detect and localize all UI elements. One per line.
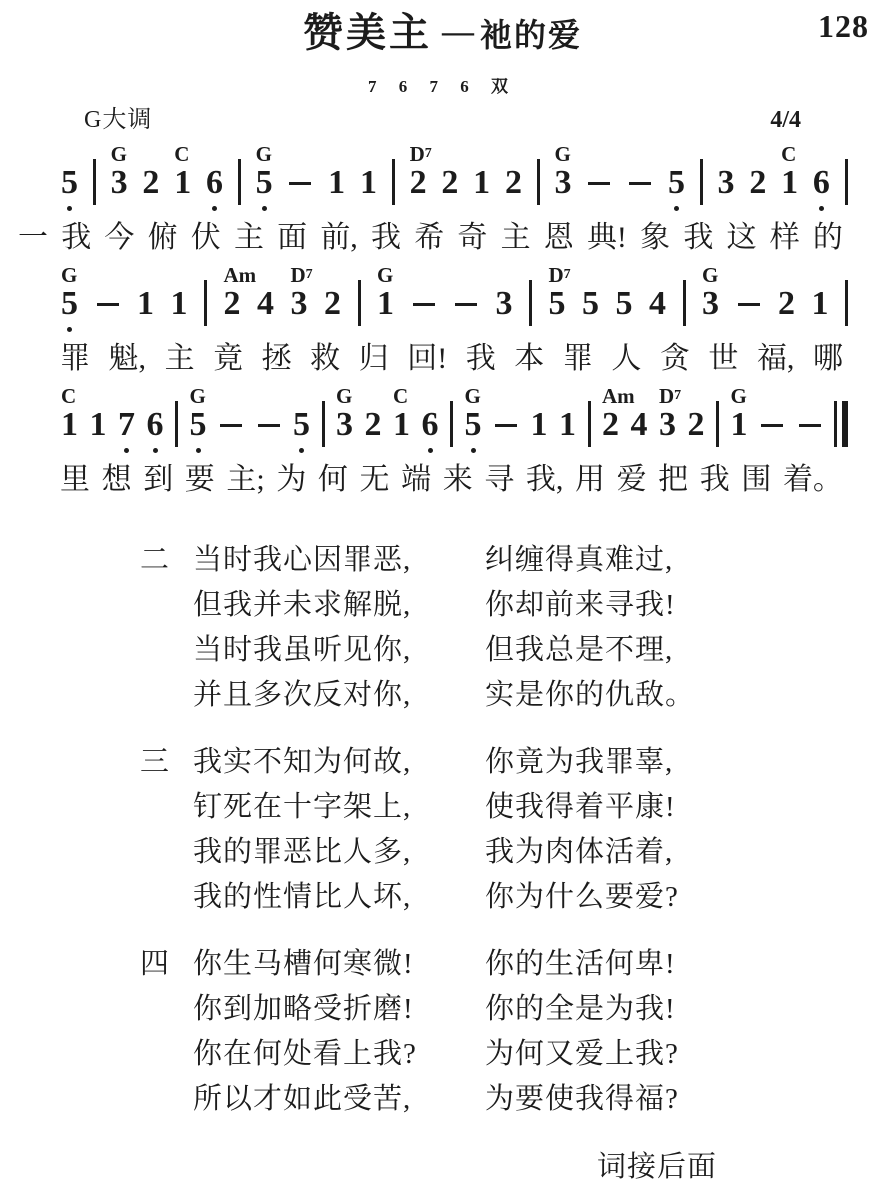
lyric-syllable: 典!: [587, 220, 627, 256]
verse-number: 二: [140, 538, 193, 718]
lyric-syllable: 回!: [407, 341, 447, 377]
note-1: 1: [530, 405, 549, 455]
verse-right-column: 你的生活何卑!你的全是为我!为何又爱上我?为要使我得福?: [485, 942, 885, 1122]
chord-C: C: [781, 144, 796, 165]
octave-dot: [196, 448, 201, 453]
title-main: 赞美主: [303, 11, 432, 55]
note-3: 3: [495, 284, 514, 334]
verse-line: 我为肉体活着,: [485, 830, 885, 875]
note-2: D72: [409, 163, 428, 213]
barline: [528, 284, 533, 334]
barline: [321, 405, 326, 455]
note-4: 4: [256, 284, 275, 334]
lyric-syllable: 竟: [213, 341, 243, 377]
lyric-syllable: 贪: [660, 341, 690, 377]
note-5: G5: [464, 405, 483, 455]
octave-dot: [262, 206, 267, 211]
verse-4: 四你生马槽何寒微!你到加略受折磨!你在何处看上我?所以才如此受苦,你的生活何卑!…: [140, 942, 885, 1122]
lyric-syllable: 的: [813, 220, 843, 256]
lyric-syllable: 哪: [813, 341, 843, 377]
verse-line: 为何又爱上我?: [485, 1032, 885, 1077]
title-subtitle: 祂的爱: [480, 17, 582, 53]
time-signature: 4/4: [770, 105, 801, 135]
note-2: 2: [364, 405, 383, 455]
lyric-syllable: 我,: [526, 462, 564, 498]
lyric-syllable: 福,: [757, 341, 795, 377]
note-5: 5: [615, 284, 634, 334]
verse-line: 你却前来寻我!: [485, 583, 885, 628]
meter-label: 7 6 7 6 双: [0, 72, 885, 97]
note-5: 5: [60, 163, 79, 213]
barline: [391, 163, 396, 213]
chord-D7: D7: [291, 265, 313, 286]
lyric-syllable: 俯: [148, 220, 178, 256]
note-1: C1: [173, 163, 192, 213]
note-2: 2: [323, 284, 342, 334]
verse-line: 当时我虽听见你,: [193, 628, 485, 673]
lyric-syllable: 希: [414, 220, 444, 256]
lyric-syllable: 我: [466, 341, 496, 377]
footer-note: 词接后面: [0, 1144, 885, 1185]
verse-line: 你的生活何卑!: [485, 942, 885, 987]
final-barline: [833, 405, 849, 455]
duration-dash: [796, 405, 824, 455]
verse-number: 三: [140, 740, 193, 920]
note-2: 2: [687, 405, 706, 455]
note-1: 1: [359, 163, 378, 213]
lyric-syllable: 无: [360, 462, 390, 498]
chord-G: G: [731, 386, 747, 407]
key-time-row: G大调 4/4: [84, 105, 801, 135]
note-1: G1: [730, 405, 749, 455]
verses-section: 二当时我心因罪恶,但我并未求解脱,当时我虽听见你,并且多次反对你,纠缠得真难过,…: [0, 538, 885, 1122]
chord-G: G: [190, 386, 206, 407]
lyric-syllable: 主: [234, 220, 264, 256]
lyric-syllable: 主: [165, 341, 195, 377]
note-5: D75: [548, 284, 567, 334]
barline: [203, 284, 208, 334]
chord-C: C: [174, 144, 189, 165]
chord-C: C: [393, 386, 408, 407]
verse-line: 使我得着平康!: [485, 785, 885, 830]
verse-line: 所以才如此受苦,: [193, 1077, 485, 1122]
note-1: 1: [170, 284, 189, 334]
note-1: 1: [472, 163, 491, 213]
note-3: G3: [110, 163, 129, 213]
duration-dash: [735, 284, 763, 334]
duration-dash: [94, 284, 122, 334]
barline: [587, 405, 592, 455]
note-1: 1: [136, 284, 155, 334]
hymn-number: 128: [818, 8, 869, 45]
lyric-syllable: 奇: [457, 220, 487, 256]
verse-line: 我的罪恶比人多,: [193, 830, 485, 875]
lyric-syllable: 我: [61, 220, 91, 256]
verse-left-column: 我实不知为何故,钉死在十字架上,我的罪恶比人多,我的性情比人坏,: [193, 740, 485, 920]
octave-dot: [428, 448, 433, 453]
verse-line: 我的性情比人坏,: [193, 875, 485, 920]
note-4: 4: [630, 405, 649, 455]
verse-left-column: 当时我心因罪恶,但我并未求解脱,当时我虽听见你,并且多次反对你,: [193, 538, 485, 718]
octave-dot: [124, 448, 129, 453]
lyric-syllable: 何: [318, 462, 348, 498]
chord-D7: D7: [410, 144, 432, 165]
chord-G: G: [61, 265, 77, 286]
lyric-syllable: 主: [501, 220, 531, 256]
verse-line: 实是你的仇敌。: [485, 673, 885, 718]
note-2: Am2: [601, 405, 620, 455]
note-2: 2: [777, 284, 796, 334]
lyric-line-1: 一我今俯伏主面前,我希奇主恩典!象我这样的: [18, 220, 843, 256]
verse-line: 并且多次反对你,: [193, 673, 485, 718]
note-1: 1: [89, 405, 108, 455]
duration-dash: [492, 405, 520, 455]
note-1: C1: [780, 163, 799, 213]
hymn-page: 128 赞美主—祂的爱 7 6 7 6 双 G大调 4/4 5G32C16G51…: [0, 0, 885, 1195]
verse-line: 但我并未求解脱,: [193, 583, 485, 628]
verse-number: 四: [140, 942, 193, 1122]
barline: [92, 163, 97, 213]
key-signature: G大调: [84, 105, 152, 135]
lyric-syllable: 世: [708, 341, 738, 377]
verse-line: 你竟为我罪辜,: [485, 740, 885, 785]
note-3: G3: [335, 405, 354, 455]
chord-C: C: [61, 386, 76, 407]
octave-dot: [674, 206, 679, 211]
lyric-syllable: 围: [741, 462, 771, 498]
title-separator: —: [442, 13, 474, 49]
lyric-syllable: 一: [18, 220, 48, 256]
lyric-syllable: 恩: [544, 220, 574, 256]
lyric-syllable: 这: [727, 220, 757, 256]
lyric-syllable: 罪: [60, 341, 90, 377]
lyric-syllable: 我: [683, 220, 713, 256]
verse-3: 三我实不知为何故,钉死在十字架上,我的罪恶比人多,我的性情比人坏,你竟为我罪辜,…: [140, 740, 885, 920]
duration-dash: [626, 163, 654, 213]
verse-line: 但我总是不理,: [485, 628, 885, 673]
octave-dot: [471, 448, 476, 453]
note-5: G5: [189, 405, 208, 455]
note-6: 6: [812, 163, 831, 213]
lyric-syllable: 人: [611, 341, 641, 377]
barline: [357, 284, 362, 334]
note-5: G5: [60, 284, 79, 334]
lyric-syllable: 要: [185, 462, 215, 498]
lyric-syllable: 我: [700, 462, 730, 498]
note-5: 5: [292, 405, 311, 455]
note-1: G1: [376, 284, 395, 334]
music-line-3: C1176G55G32C16G511Am24D732G1: [60, 405, 849, 455]
duration-dash: [585, 163, 613, 213]
note-1: 1: [327, 163, 346, 213]
octave-dot: [819, 206, 824, 211]
chord-G: G: [256, 144, 272, 165]
chord-G: G: [377, 265, 393, 286]
verse-line: 你在何处看上我?: [193, 1032, 485, 1077]
lyric-syllable: 里: [60, 462, 90, 498]
lyric-syllable: 到: [143, 462, 173, 498]
barline: [699, 163, 704, 213]
note-6: 6: [205, 163, 224, 213]
lyric-syllable: 本: [514, 341, 544, 377]
duration-dash: [286, 163, 314, 213]
octave-dot: [67, 327, 72, 332]
music-line-2: G511Am24D732G13D75554G321: [60, 284, 849, 334]
barline: [844, 284, 849, 334]
duration-dash: [758, 405, 786, 455]
verse-line: 钉死在十字架上,: [193, 785, 485, 830]
chord-Am: Am: [224, 265, 257, 286]
lyric-syllable: 伏: [191, 220, 221, 256]
duration-dash: [452, 284, 480, 334]
lyric-syllable: 端: [401, 462, 431, 498]
barline: [844, 163, 849, 213]
octave-dot: [67, 206, 72, 211]
note-7: 7: [117, 405, 136, 455]
note-3: G3: [701, 284, 720, 334]
duration-dash: [217, 405, 245, 455]
octave-dot: [212, 206, 217, 211]
note-5: G5: [255, 163, 274, 213]
note-1: 1: [811, 284, 830, 334]
barline: [174, 405, 179, 455]
note-3: D73: [658, 405, 677, 455]
lyric-syllable: 前,: [320, 220, 358, 256]
chord-G: G: [336, 386, 352, 407]
note-3: D73: [290, 284, 309, 334]
note-1: 1: [558, 405, 577, 455]
note-6: 6: [146, 405, 165, 455]
page-title: 赞美主—祂的爱: [0, 0, 885, 56]
verse-line: 纠缠得真难过,: [485, 538, 885, 583]
lyric-syllable: 样: [770, 220, 800, 256]
lyric-syllable: 象: [640, 220, 670, 256]
note-4: 4: [648, 284, 667, 334]
lyric-syllable: 着。: [783, 462, 843, 498]
lyric-syllable: 归: [359, 341, 389, 377]
lyric-syllable: 用: [575, 462, 605, 498]
chord-D7: D7: [659, 386, 681, 407]
lyric-syllable: 救: [310, 341, 340, 377]
lyric-syllable: 面: [277, 220, 307, 256]
chord-Am: Am: [602, 386, 635, 407]
barline: [715, 405, 720, 455]
verse-left-column: 你生马槽何寒微!你到加略受折磨!你在何处看上我?所以才如此受苦,: [193, 942, 485, 1122]
note-2: 2: [440, 163, 459, 213]
verse-line: 为要使我得福?: [485, 1077, 885, 1122]
note-5: 5: [581, 284, 600, 334]
note-3: 3: [717, 163, 736, 213]
chord-G: G: [111, 144, 127, 165]
barline: [449, 405, 454, 455]
lyric-line-3: 里想到要主;为何无端来寻我,用爱把我围着。: [60, 462, 843, 498]
verse-right-column: 纠缠得真难过,你却前来寻我!但我总是不理,实是你的仇敌。: [485, 538, 885, 718]
note-2: 2: [141, 163, 160, 213]
note-1: C1: [392, 405, 411, 455]
chord-G: G: [555, 144, 571, 165]
verse-line: 你的全是为我!: [485, 987, 885, 1032]
note-2: Am2: [223, 284, 242, 334]
lyric-syllable: 寻: [484, 462, 514, 498]
verse-line: 你到加略受折磨!: [193, 987, 485, 1032]
note-2: 2: [504, 163, 523, 213]
lyric-line-2: 罪魁,主竟拯救归回!我本罪人贪世福,哪: [60, 341, 843, 377]
lyric-syllable: 把: [658, 462, 688, 498]
duration-dash: [410, 284, 438, 334]
verse-line: 你生马槽何寒微!: [193, 942, 485, 987]
lyric-syllable: 我: [371, 220, 401, 256]
barline: [682, 284, 687, 334]
lyric-syllable: 罪: [563, 341, 593, 377]
lyric-syllable: 爱: [617, 462, 647, 498]
duration-dash: [255, 405, 283, 455]
octave-dot: [299, 448, 304, 453]
note-3: G3: [554, 163, 573, 213]
chord-D7: D7: [549, 265, 571, 286]
note-6: 6: [421, 405, 440, 455]
lyric-syllable: 想: [102, 462, 132, 498]
octave-dot: [153, 448, 158, 453]
lyric-syllable: 拯: [262, 341, 292, 377]
lyric-syllable: 来: [443, 462, 473, 498]
lyric-syllable: 为: [276, 462, 306, 498]
barline: [237, 163, 242, 213]
verse-line: 你为什么要爱?: [485, 875, 885, 920]
verse-line: 我实不知为何故,: [193, 740, 485, 785]
note-1: C1: [60, 405, 79, 455]
verse-2: 二当时我心因罪恶,但我并未求解脱,当时我虽听见你,并且多次反对你,纠缠得真难过,…: [140, 538, 885, 718]
barline: [536, 163, 541, 213]
music-line-1: 5G32C16G511D72212G3532C16: [60, 163, 849, 213]
verse-line: 当时我心因罪恶,: [193, 538, 485, 583]
note-5: 5: [667, 163, 686, 213]
note-2: 2: [748, 163, 767, 213]
lyric-syllable: 主;: [226, 462, 264, 498]
lyric-syllable: 魁,: [109, 341, 147, 377]
lyric-syllable: 今: [104, 220, 134, 256]
chord-G: G: [465, 386, 481, 407]
verse-right-column: 你竟为我罪辜,使我得着平康!我为肉体活着,你为什么要爱?: [485, 740, 885, 920]
chord-G: G: [702, 265, 718, 286]
